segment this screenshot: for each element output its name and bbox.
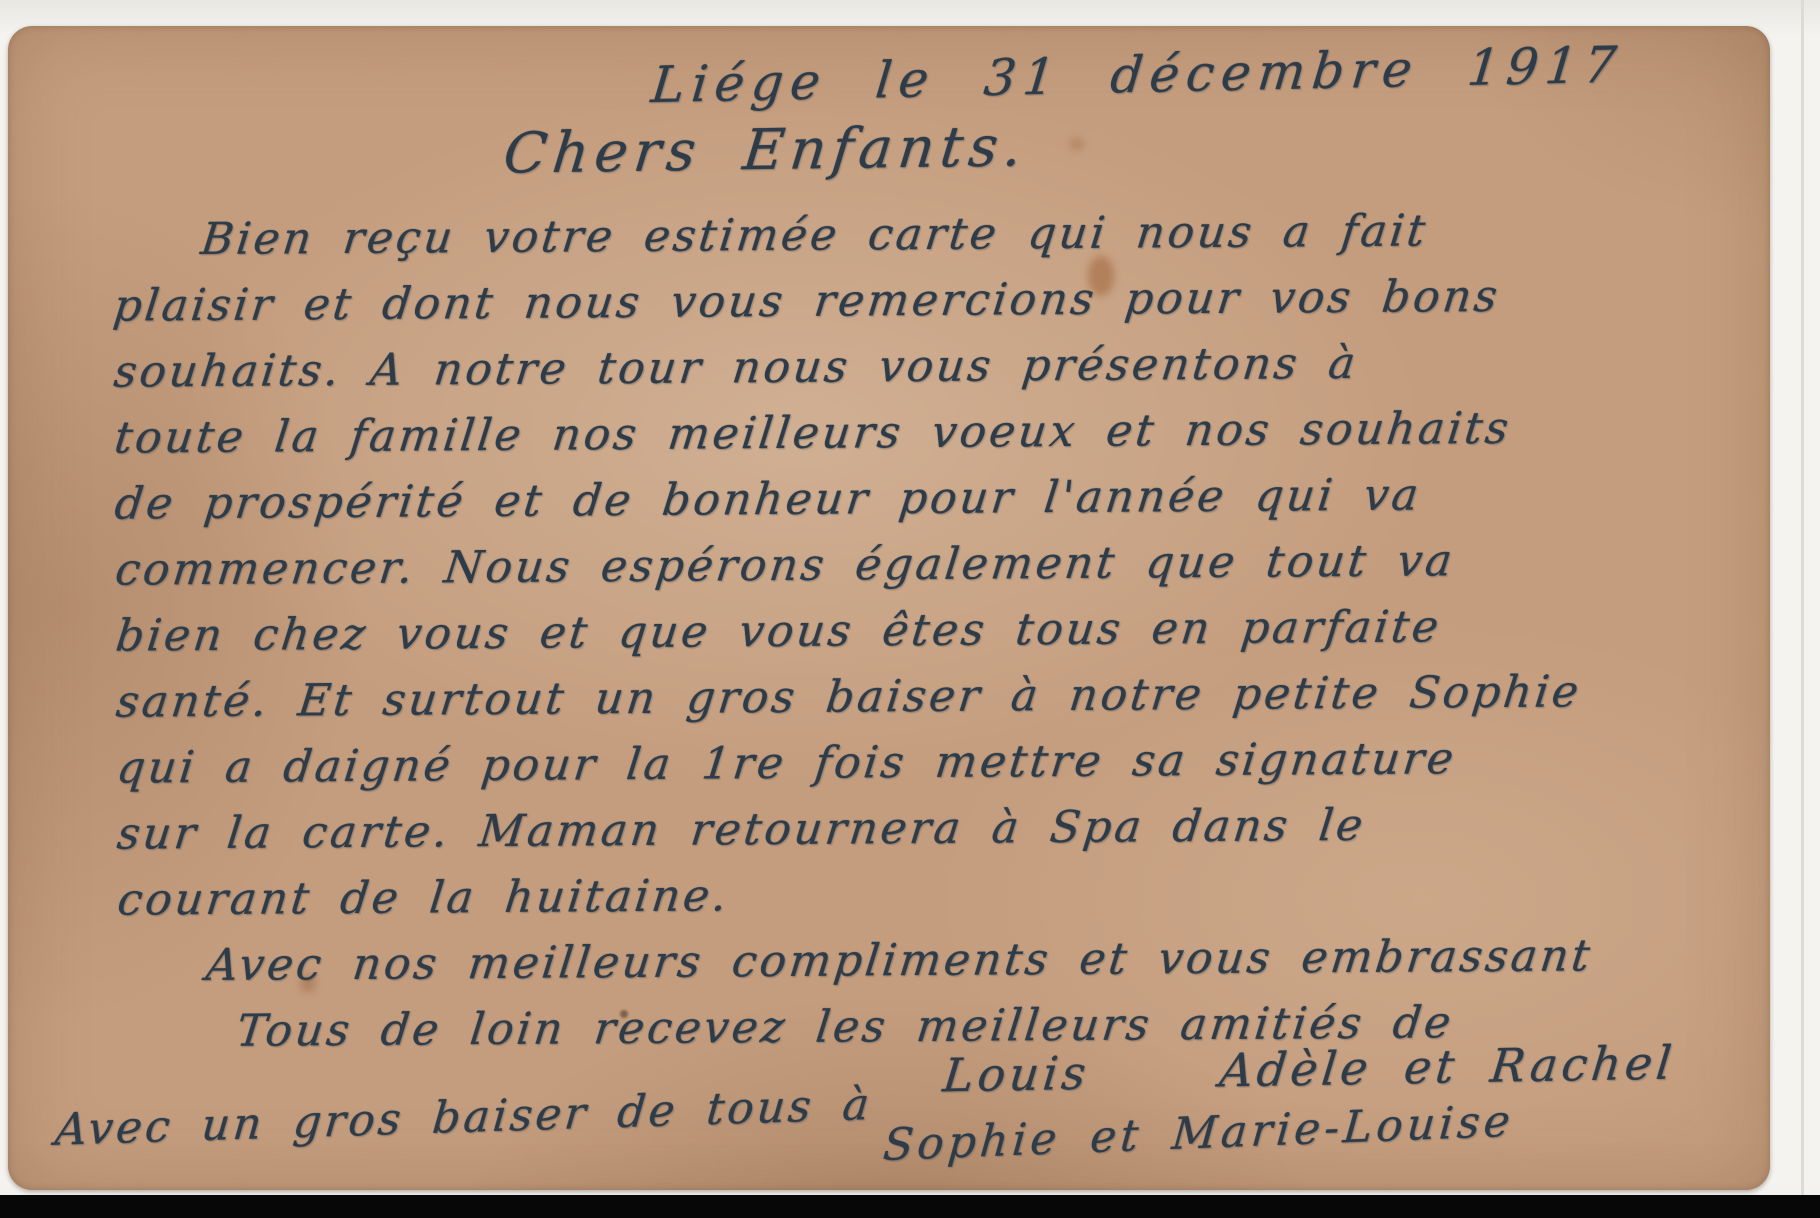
postscript-right-text: Sophie et Marie-Louise [881,1096,1516,1171]
scanner-bed-edge [1801,0,1804,1218]
dateline-text: Liége le 31 décembre 1917 [649,36,1626,114]
letter-body: Bien reçu votre estimée carte qui nous a… [109,196,1737,1065]
letter-line-text: commencer. Nous espérons également que t… [112,528,1459,603]
postscript-left: Avec un gros baiser de tous à [51,1079,869,1156]
letter-line-text: plaisir et dont nous vous remercions pou… [110,264,1504,340]
letter-line: santé. Et surtout un gros baiser à notre… [112,658,1734,735]
letter-line: de prospérité et de bonheur pour l'année… [111,460,1733,537]
postcard: Liége le 31 décembre 1917 Chers Enfants.… [8,26,1770,1190]
letter-line-text: santé. Et surtout un gros baiser à notre… [113,659,1585,735]
letter-line: toute la famille nos meilleurs voeux et … [110,394,1732,471]
letter-line-text: toute la famille nos meilleurs voeux et … [111,396,1515,472]
scanned-postcard-page: { "postcard": { "dateline": "Liége le 31… [0,0,1820,1218]
salutation: Chers Enfants. [500,114,1024,186]
letter-line: Avec nos meilleurs compliments et vous e… [114,922,1736,999]
letter-line-text: sur la carte. Maman retournera à Spa dan… [114,793,1369,868]
letter-line-text: souhaits. A notre tour nous vous présent… [110,331,1361,406]
letter-line-text: bien chez vous et que vous êtes tous en … [112,594,1445,669]
letter-line-text: courant de la huitaine. [114,863,733,933]
letter-line: courant de la huitaine. [114,856,1736,933]
letter-line: Bien reçu votre estimée carte qui nous a… [109,196,1731,273]
letter-line: qui a daigné pour la 1re fois mettre sa … [113,724,1735,801]
letter-line-text: Bien reçu votre estimée carte qui nous a… [197,198,1431,273]
salutation-text: Chers Enfants. [500,114,1031,186]
postscript-left-text: Avec un gros baiser de tous à [53,1079,874,1156]
letter-line: souhaits. A notre tour nous vous présent… [110,328,1732,405]
letter-line-text: de prospérité et de bonheur pour l'année… [111,462,1425,537]
letter-line: bien chez vous et que vous êtes tous en … [112,592,1734,669]
dateline: Liége le 31 décembre 1917 [647,36,1620,114]
postscript-right: Sophie et Marie-Louise [879,1096,1511,1171]
stain-mark [1070,138,1084,150]
letter-line: sur la carte. Maman retournera à Spa dan… [113,790,1735,867]
letter-line: commencer. Nous espérons également que t… [111,526,1733,603]
letter-line: plaisir et dont nous vous remercions pou… [109,262,1731,339]
scanner-shadow-band [0,1195,1820,1218]
letter-line-text: qui a daigné pour la 1re fois mettre sa … [113,726,1460,801]
letter-line-text: Avec nos meilleurs compliments et vous e… [203,923,1597,999]
signature-line: Louis Adèle et Rachel [940,1036,1673,1103]
signature-text: Louis Adèle et Rachel [941,1036,1678,1103]
